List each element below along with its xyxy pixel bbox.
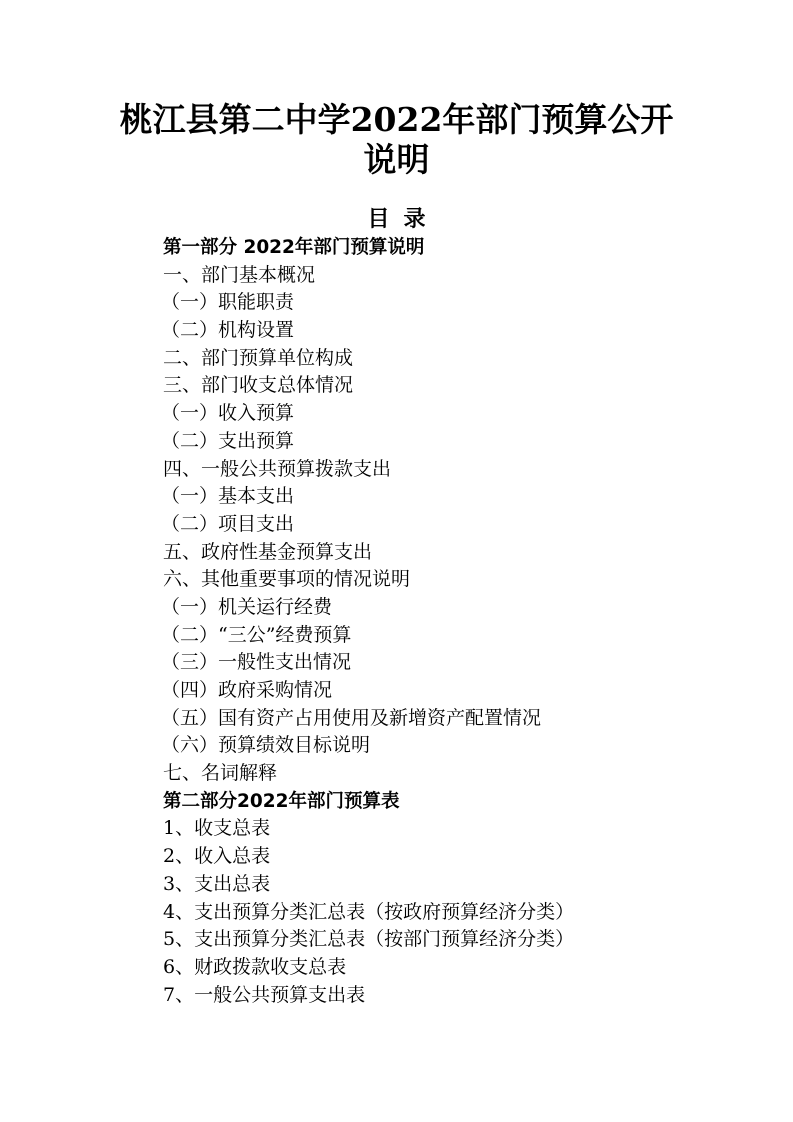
toc-item: 3、支出总表: [163, 871, 643, 899]
toc-subitem: （二）支出预算: [161, 428, 643, 456]
toc-part-heading: 第一部分 2022年部门预算说明: [163, 234, 643, 262]
table-of-contents: 第一部分 2022年部门预算说明 一、部门基本概况 （一）职能职责 （二）机构设…: [163, 234, 643, 1009]
toc-item: 1、收支总表: [163, 815, 643, 843]
toc-item: 七、名词解释: [163, 760, 643, 788]
toc-item: 六、其他重要事项的情况说明: [163, 566, 643, 594]
toc-item: 一、部门基本概况: [163, 262, 643, 290]
document-title-line-1: 桃江县第二中学2022年部门预算公开: [0, 100, 793, 140]
toc-item: 4、支出预算分类汇总表（按政府预算经济分类）: [163, 899, 643, 927]
toc-subitem: （一）机关运行经费: [161, 594, 643, 622]
document-title-line-2: 说明: [0, 140, 793, 180]
toc-subitem: （一）收入预算: [161, 400, 643, 428]
toc-item: 三、部门收支总体情况: [163, 372, 643, 400]
toc-item: 四、一般公共预算拨款支出: [163, 456, 643, 484]
toc-subitem: （五）国有资产占用使用及新增资产配置情况: [161, 705, 643, 733]
toc-subitem: （六）预算绩效目标说明: [161, 732, 643, 760]
toc-part-heading: 第二部分2022年部门预算表: [163, 788, 643, 816]
toc-heading: 目录: [0, 205, 793, 233]
toc-item: 6、财政拨款收支总表: [163, 954, 643, 982]
toc-subitem: （一）职能职责: [161, 289, 643, 317]
toc-item: 2、收入总表: [163, 843, 643, 871]
toc-item: 5、支出预算分类汇总表（按部门预算经济分类）: [163, 926, 643, 954]
toc-item: 7、一般公共预算支出表: [163, 982, 643, 1010]
toc-subitem: （一）基本支出: [161, 483, 643, 511]
toc-item: 五、政府性基金预算支出: [163, 539, 643, 567]
toc-subitem: （二）机构设置: [161, 317, 643, 345]
toc-subitem: （四）政府采购情况: [161, 677, 643, 705]
toc-subitem: （三）一般性支出情况: [161, 649, 643, 677]
toc-item: 二、部门预算单位构成: [163, 345, 643, 373]
toc-subitem: （二）项目支出: [161, 511, 643, 539]
toc-subitem: （二）“三公”经费预算: [161, 622, 643, 650]
